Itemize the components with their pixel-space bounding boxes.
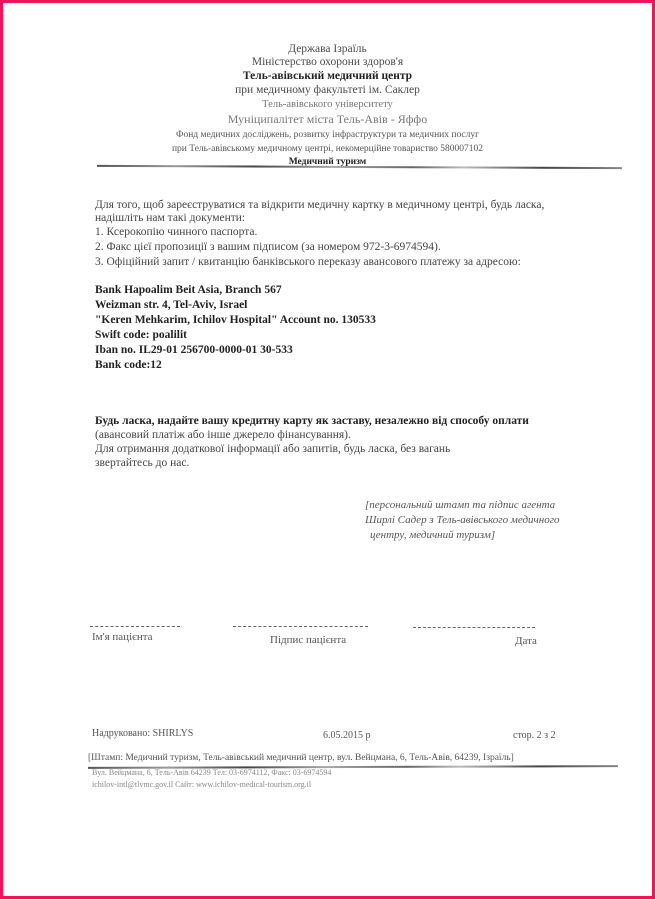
page-number: стор. 2 з 2 xyxy=(513,730,556,741)
payment-note: (авансовий платіж або інше джерело фінан… xyxy=(95,429,351,442)
letterhead-country: Держава Ізраїль xyxy=(0,42,655,56)
bank-swift: Swift code: poalilit xyxy=(95,328,187,343)
bank-address: Weizman str. 4, Tel-Aviv, Israel xyxy=(95,298,247,313)
letterhead-municipality: Муніципалітет міста Тель-Авів - Яффо xyxy=(0,112,655,126)
date-line[interactable] xyxy=(413,627,535,628)
doc-item-2: 2. Факс цієї пропозиції з вашим підписом… xyxy=(95,241,441,254)
doc-item-1: 1. Ксерокопію чинного паспорта. xyxy=(95,226,257,239)
patient-name-label: Ім'я пацієнта xyxy=(92,631,153,643)
bank-name: Bank Hapoalim Beit Asia, Branch 567 xyxy=(95,283,282,298)
letterhead-ministry: Міністерство охорони здоров'я xyxy=(0,55,655,69)
doc-item-3: 3. Офіційний запит / квитанцію банківськ… xyxy=(95,256,521,269)
letterhead-fund: Фонд медичних досліджень, розвитку інфра… xyxy=(0,128,655,142)
footer-stamp: [Штамп: Медичний туризм, Тель-авівський … xyxy=(88,753,514,763)
patient-signature-line[interactable] xyxy=(233,626,368,627)
agent-stamp-line-1: [персональний штамп та підпис агента xyxy=(365,498,555,513)
date-label: Дата xyxy=(515,635,537,647)
print-date: 6.05.2015 р xyxy=(323,730,371,741)
contact-note-2: звертайтесь до нас. xyxy=(95,457,189,470)
bank-account: "Keren Mehkarim, Ichilov Hospital" Accou… xyxy=(95,313,376,328)
printed-by: Надруковано: SHIRLYS xyxy=(92,728,193,739)
patient-signature-label: Підпис пацієнта xyxy=(270,634,346,646)
contact-note-1: Для отримання додаткової інформації або … xyxy=(95,443,450,456)
letterhead-university: Тель-авівського університету xyxy=(0,98,655,112)
intro-line-2: надішліть нам такі документи: xyxy=(95,212,245,225)
intro-line-1: Для того, щоб зареєструватися та відкрит… xyxy=(95,199,544,212)
footer-email: ichilov-intl@tlvmc.gov.il Сайт: www.ichi… xyxy=(92,780,311,789)
agent-stamp-line-3: центру, медичний туризм] xyxy=(370,528,495,543)
bank-code: Bank code:12 xyxy=(95,358,162,373)
agent-stamp-line-2: Ширлі Садер з Тель-авівського медичного xyxy=(365,513,560,528)
patient-name-line[interactable] xyxy=(90,626,180,627)
credit-card-note: Будь ласка, надайте вашу кредитну карту … xyxy=(95,415,529,428)
bank-iban: Iban no. IL29-01 256700-0000-01 30-533 xyxy=(95,343,293,358)
letterhead-center: Тель-авівський медичний центр xyxy=(0,69,655,83)
footer-address: Вул. Вейцмана, 6, Тель-Авів 64239 Тел: 0… xyxy=(92,768,331,777)
letterhead-faculty: при медичному факультеті ім. Саклер xyxy=(0,83,655,97)
letterhead-company: при Тель-авівському медичному центрі, не… xyxy=(0,142,655,156)
